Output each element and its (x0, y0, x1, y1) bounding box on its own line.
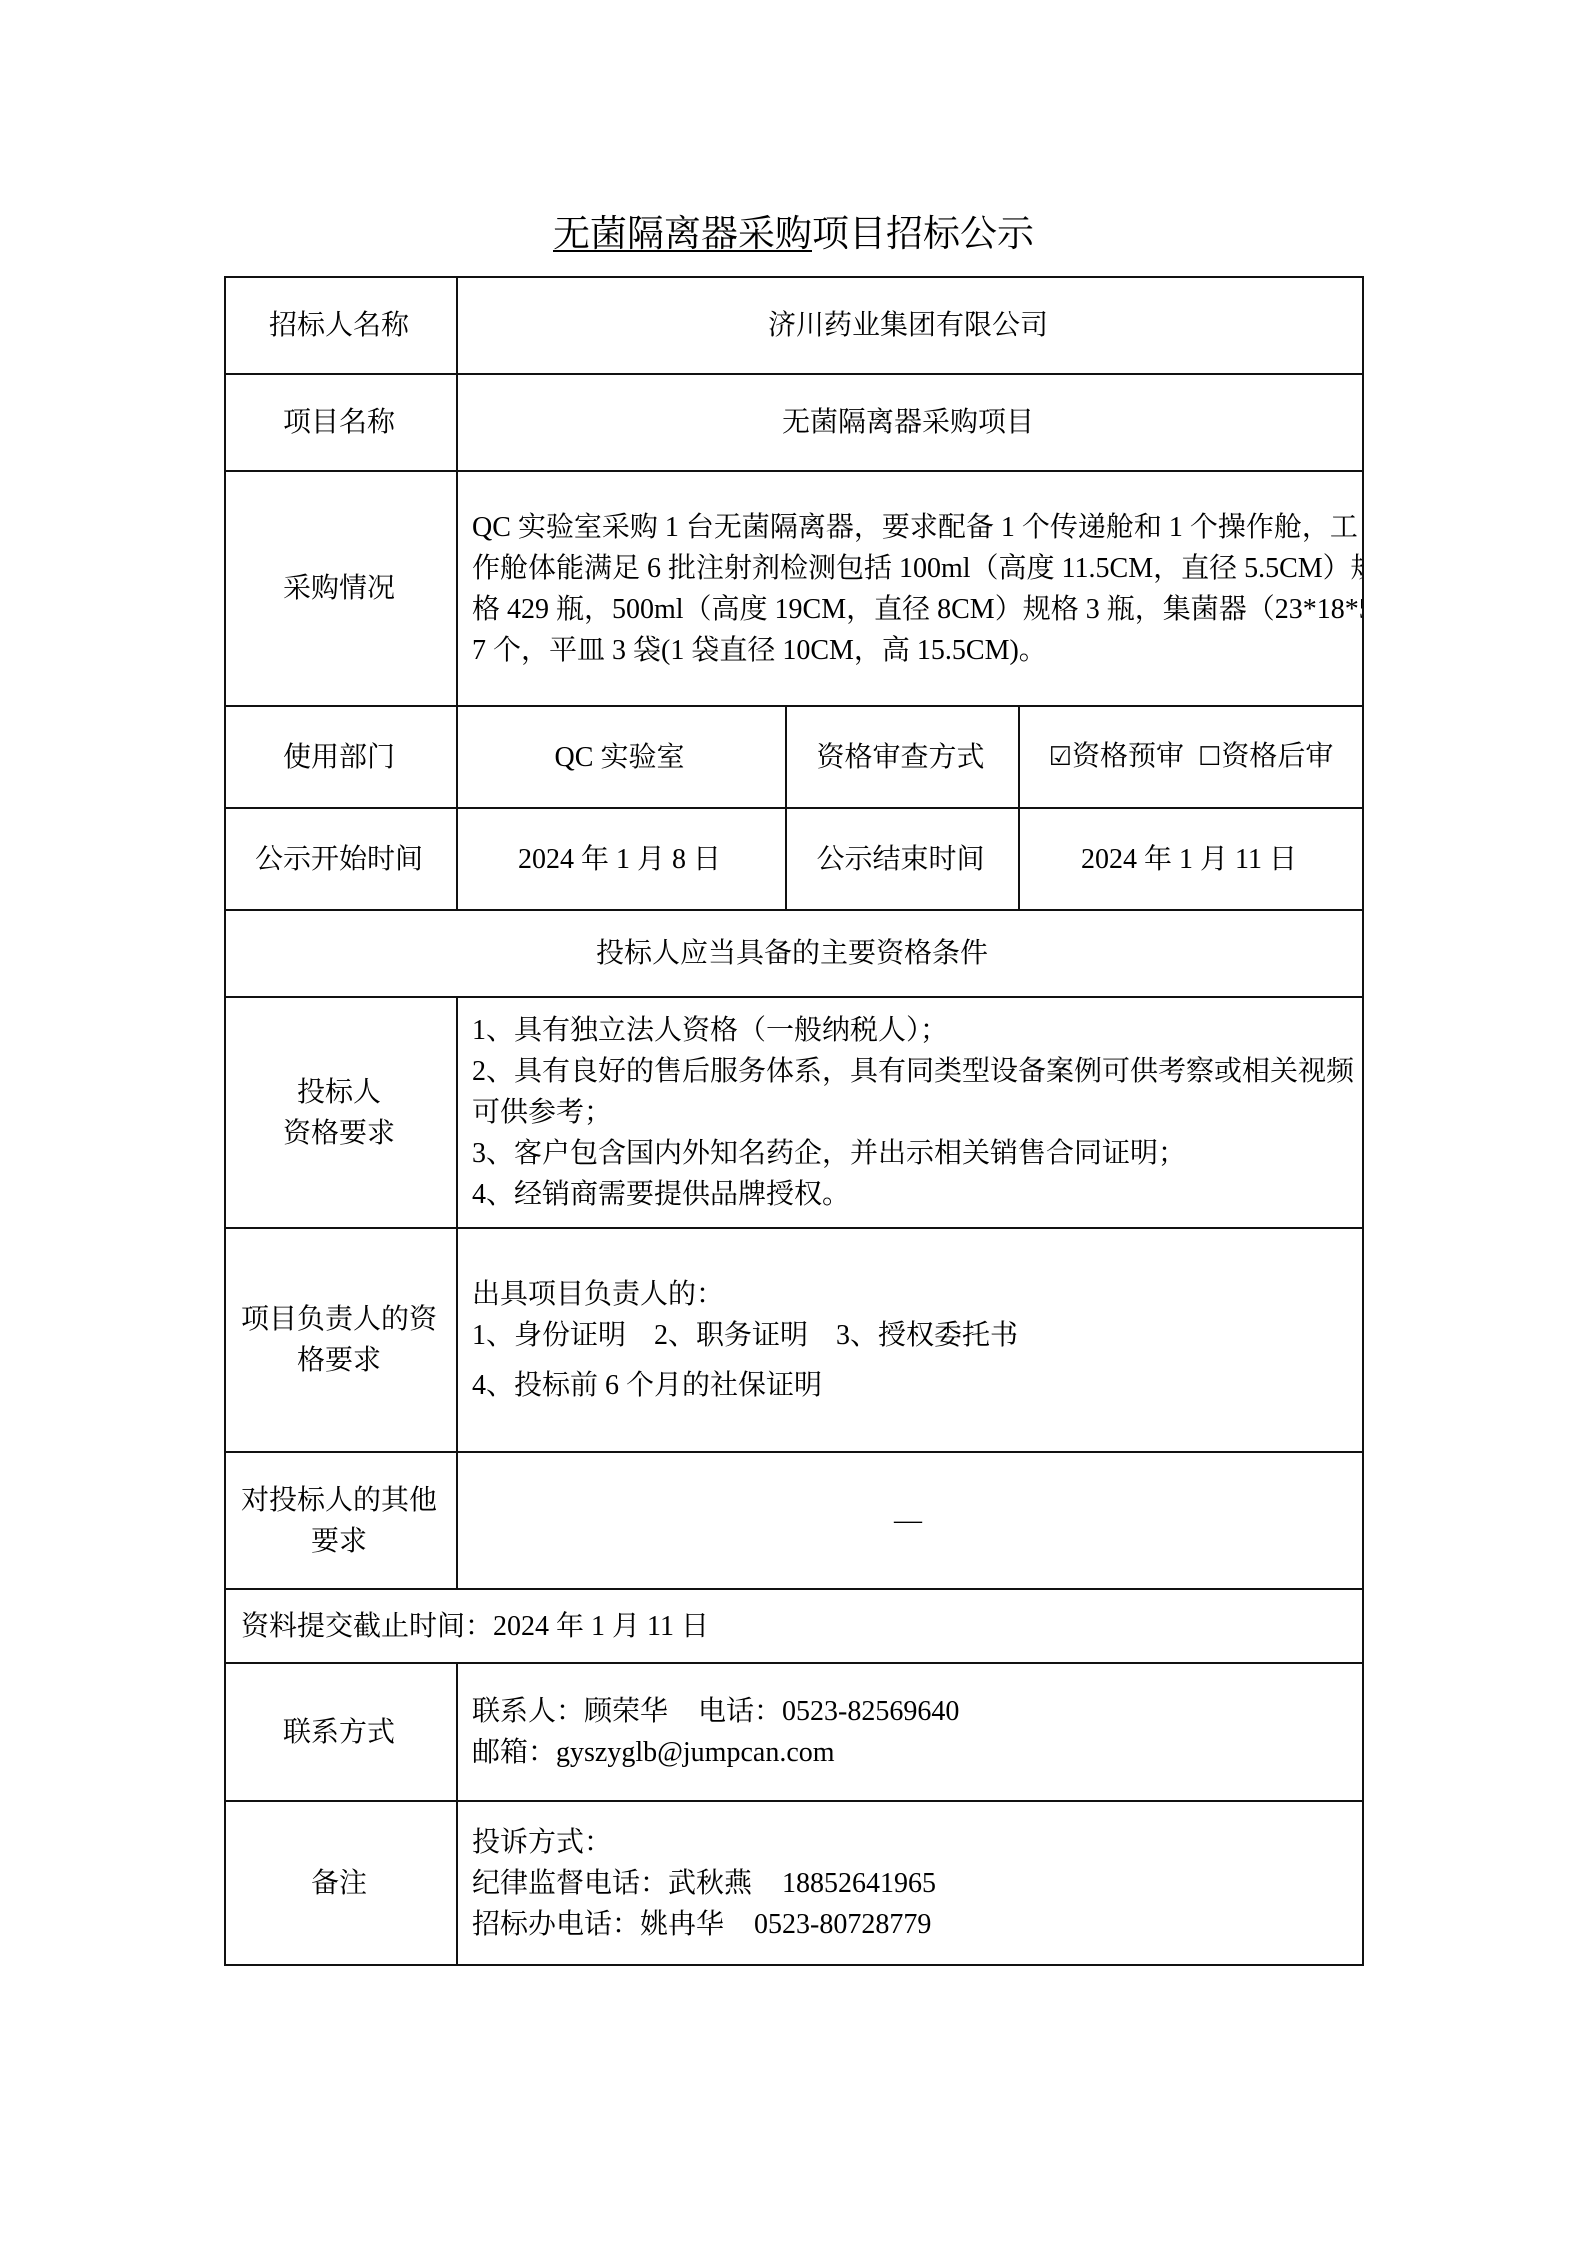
requirement-line: 3、客户包含国内外知名药企，并出示相关销售合同证明； (472, 1133, 1344, 1174)
procurement-line: 7 个，平皿 3 袋(1 袋直径 10CM，高 15.5CM)。 (472, 630, 1344, 671)
option-label: 资格预审 (1072, 741, 1184, 772)
pm-intro: 出具项目负责人的： (472, 1274, 1344, 1315)
row-department: 使用部门 QC 实验室 资格审查方式 ☑资格预审☐资格后审 (225, 706, 1363, 808)
row-procurement: 采购情况 QC 实验室采购 1 台无菌隔离器，要求配备 1 个传递舱和 1 个操… (225, 471, 1363, 706)
label-pm-requirements: 项目负责人的资 格要求 (225, 1228, 457, 1452)
requirement-line: 2、具有良好的售后服务体系，具有同类型设备案例可供考察或相关视频 (472, 1051, 1344, 1092)
label-notice-end: 公示结束时间 (786, 808, 1019, 910)
complaint-heading: 投诉方式： (472, 1822, 1344, 1863)
deadline-value: 2024 年 1 月 11 日 (493, 1611, 709, 1642)
row-qualification-header: 投标人应当具备的主要资格条件 (225, 910, 1363, 997)
label-department: 使用部门 (225, 706, 457, 808)
row-remarks: 备注 投诉方式： 纪律监督电话：武秋燕18852641965 招标办电话：姚冉华… (225, 1801, 1363, 1965)
deadline-label: 资料提交截止时间： (241, 1611, 493, 1642)
procurement-line: 作舱体能满足 6 批注射剂检测包括 100ml（高度 11.5CM，直径 5.5… (472, 548, 1344, 589)
value-remarks: 投诉方式： 纪律监督电话：武秋燕18852641965 招标办电话：姚冉华052… (457, 1801, 1363, 1965)
procurement-line: 格 429 瓶，500ml（高度 19CM，直径 8CM）规格 3 瓶，集菌器（… (472, 589, 1344, 630)
value-procurement: QC 实验室采购 1 台无菌隔离器，要求配备 1 个传递舱和 1 个操作舱，工 … (457, 471, 1363, 706)
procurement-line: QC 实验室采购 1 台无菌隔离器，要求配备 1 个传递舱和 1 个操作舱，工 (472, 507, 1344, 548)
label-line: 格要求 (240, 1340, 438, 1381)
value-department: QC 实验室 (457, 706, 786, 808)
label-line: 对投标人的其他 (240, 1480, 438, 1521)
value-notice-end: 2024 年 1 月 11 日 (1019, 808, 1363, 910)
label-bidder-requirements: 投标人 资格要求 (225, 997, 457, 1228)
label-line: 投标人 (240, 1072, 438, 1113)
document-title: 无菌隔离器采购项目招标公示 (0, 212, 1587, 256)
row-pm-requirements: 项目负责人的资 格要求 出具项目负责人的： 1、身份证明2、职务证明3、授权委托… (225, 1228, 1363, 1452)
discipline-label: 纪律监督电话： (472, 1868, 668, 1899)
row-contact: 联系方式 联系人：顾荣华电话：0523-82569640 邮箱：gyszyglb… (225, 1663, 1363, 1801)
pm-item: 3、授权委托书 (836, 1320, 1018, 1351)
tender-notice-table: 招标人名称 济川药业集团有限公司 项目名称 无菌隔离器采购项目 采购情况 QC … (224, 276, 1364, 1966)
email-line: 邮箱：gyszyglb@jumpcan.com (472, 1732, 1344, 1773)
pm-items-line: 1、身份证明2、职务证明3、授权委托书 (472, 1315, 1344, 1356)
label-line: 项目负责人的资 (240, 1299, 438, 1340)
section-heading-qualifications: 投标人应当具备的主要资格条件 (225, 910, 1363, 997)
label-other-requirements: 对投标人的其他 要求 (225, 1452, 457, 1589)
deadline-cell: 资料提交截止时间：2024 年 1 月 11 日 (225, 1589, 1363, 1663)
title-underlined-part: 无菌隔离器采购 (553, 212, 812, 255)
contact-line: 联系人：顾荣华电话：0523-82569640 (472, 1691, 1344, 1732)
option-label: 资格后审 (1221, 741, 1333, 772)
row-deadline: 资料提交截止时间：2024 年 1 月 11 日 (225, 1589, 1363, 1663)
office-phone: 0523-80728779 (754, 1909, 931, 1940)
label-line: 要求 (240, 1521, 438, 1562)
pm-item: 1、身份证明 (472, 1320, 626, 1351)
empty-dash: — (894, 1500, 922, 1541)
row-project-name: 项目名称 无菌隔离器采购项目 (225, 374, 1363, 471)
requirement-line: 可供参考； (472, 1092, 1344, 1133)
contact-person-label: 联系人： (472, 1696, 584, 1727)
discipline-line: 纪律监督电话：武秋燕18852641965 (472, 1863, 1344, 1904)
label-tenderer-name: 招标人名称 (225, 277, 457, 374)
value-notice-start: 2024 年 1 月 8 日 (457, 808, 786, 910)
value-review-method: ☑资格预审☐资格后审 (1019, 706, 1363, 808)
contact-phone: 0523-82569640 (782, 1696, 959, 1727)
contact-person: 顾荣华 (584, 1696, 668, 1727)
value-bidder-requirements: 1、具有独立法人资格（一般纳税人）； 2、具有良好的售后服务体系，具有同类型设备… (457, 997, 1363, 1228)
contact-phone-label: 电话： (698, 1696, 782, 1727)
option-pre-qualification: ☑资格预审 (1049, 741, 1184, 772)
discipline-name: 武秋燕 (668, 1868, 752, 1899)
row-notice-dates: 公示开始时间 2024 年 1 月 8 日 公示结束时间 2024 年 1 月 … (225, 808, 1363, 910)
pm-item: 4、投标前 6 个月的社保证明 (472, 1365, 1344, 1406)
label-project-name: 项目名称 (225, 374, 457, 471)
row-bidder-requirements: 投标人 资格要求 1、具有独立法人资格（一般纳税人）； 2、具有良好的售后服务体… (225, 997, 1363, 1228)
value-other-requirements: — (457, 1452, 1363, 1589)
requirement-line: 4、经销商需要提供品牌授权。 (472, 1174, 1344, 1215)
label-remarks: 备注 (225, 1801, 457, 1965)
contact-email: gyszyglb@jumpcan.com (556, 1737, 835, 1768)
checkbox-unchecked-icon: ☐ (1198, 742, 1221, 772)
office-label: 招标办电话： (472, 1909, 640, 1940)
label-review-method: 资格审查方式 (786, 706, 1019, 808)
requirement-line: 1、具有独立法人资格（一般纳税人）； (472, 1010, 1344, 1051)
checkbox-checked-icon: ☑ (1049, 742, 1072, 772)
pm-item: 2、职务证明 (654, 1320, 808, 1351)
label-procurement: 采购情况 (225, 471, 457, 706)
office-line: 招标办电话：姚冉华0523-80728779 (472, 1904, 1344, 1945)
option-post-qualification: ☐资格后审 (1198, 741, 1333, 772)
value-pm-requirements: 出具项目负责人的： 1、身份证明2、职务证明3、授权委托书 4、投标前 6 个月… (457, 1228, 1363, 1452)
label-notice-start: 公示开始时间 (225, 808, 457, 910)
document-page: 无菌隔离器采购项目招标公示 招标人名称 济川药业集团有限公司 项目名称 无菌隔离… (0, 0, 1587, 2245)
value-tenderer-name: 济川药业集团有限公司 (457, 277, 1363, 374)
row-other-requirements: 对投标人的其他 要求 — (225, 1452, 1363, 1589)
title-rest: 项目招标公示 (812, 212, 1034, 255)
email-label: 邮箱： (472, 1737, 556, 1768)
value-project-name: 无菌隔离器采购项目 (457, 374, 1363, 471)
value-contact: 联系人：顾荣华电话：0523-82569640 邮箱：gyszyglb@jump… (457, 1663, 1363, 1801)
discipline-phone: 18852641965 (782, 1868, 936, 1899)
label-line: 资格要求 (240, 1113, 438, 1154)
row-tenderer-name: 招标人名称 济川药业集团有限公司 (225, 277, 1363, 374)
label-contact: 联系方式 (225, 1663, 457, 1801)
office-name: 姚冉华 (640, 1909, 724, 1940)
